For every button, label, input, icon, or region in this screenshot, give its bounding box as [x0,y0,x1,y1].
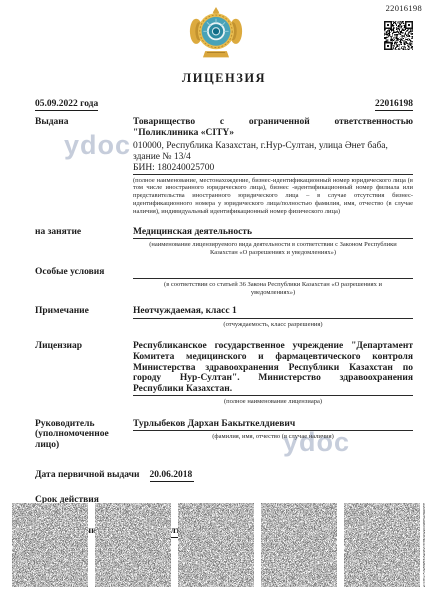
field-label: Руководитель (уполномоченное лицо) [35,419,133,451]
field-label-line: (уполномоченное лицо) [35,429,133,450]
security-noise-block [12,503,88,587]
field-note: (наименование лицензируемого вида деятел… [133,241,413,257]
field-note: (фамилия, имя, отчество (в случае наличи… [133,433,413,441]
security-noise-block [178,503,254,587]
licensee-address: 010000, Республика Казахстан, г.Нур-Султ… [133,141,413,162]
field-label: Лицензиар [35,341,133,405]
field-issued-to: Выдана Товарищество с ограниченной ответ… [35,117,413,216]
security-noise-block [344,503,420,587]
head-person-value: Турлыбеков Дархан Бакыткелдиевич [133,419,413,432]
field-note: (полное наименование, местонахождение, б… [133,177,413,216]
license-document: 22016198 ydoc ydoc ЛИЦЕНЗИЯ 05.09.2022 [0,0,425,600]
field-licensor: Лицензиар Республиканское государственно… [35,341,413,405]
field-remark: Примечание Неотчуждаемая, класс 1 (отчуж… [35,306,413,328]
date-number-row: 05.09.2022 года 22016198 [35,99,413,111]
field-note: (полное наименование лицензиара) [133,398,413,406]
field-note: (в соответствии со статьей 36 Закона Рес… [133,281,413,297]
field-special-conditions: Особые условия (в соответствии со статье… [35,267,413,296]
field-label: Особые условия [35,267,133,296]
field-label: Дата первичной выдачи [35,470,140,481]
issue-date: 05.09.2022 года [35,99,98,111]
field-label: Примечание [35,306,133,328]
document-title: ЛИЦЕНЗИЯ [35,71,413,86]
field-head-person: Руководитель (уполномоченное лицо) Турлы… [35,419,413,451]
header-spacer [35,0,413,62]
field-label: на занятие [35,227,133,257]
license-number: 22016198 [375,99,413,111]
security-noise-block [261,503,337,587]
field-label: Выдана [35,117,133,216]
first-issue-date-value: 20.06.2018 [150,470,195,483]
field-note: (отчуждаемость, класс разрешения) [133,321,413,329]
licensee-bin: БИН: 180240025700 [133,163,413,174]
security-noise-block [95,503,171,587]
licensor-value: Республиканское государственное учрежден… [133,341,413,396]
field-activity: на занятие Медицинская деятельность (наи… [35,227,413,257]
field-label-line: Руководитель [35,419,133,430]
licensee-name: Товарищество с ограниченной ответственно… [133,117,413,138]
security-pattern-strip [12,503,420,587]
field-first-issue-date: Дата первичной выдачи 20.06.2018 [35,470,413,483]
activity-value: Медицинская деятельность [133,227,413,240]
remark-value: Неотчуждаемая, класс 1 [133,306,413,319]
special-conditions-value [133,267,413,279]
